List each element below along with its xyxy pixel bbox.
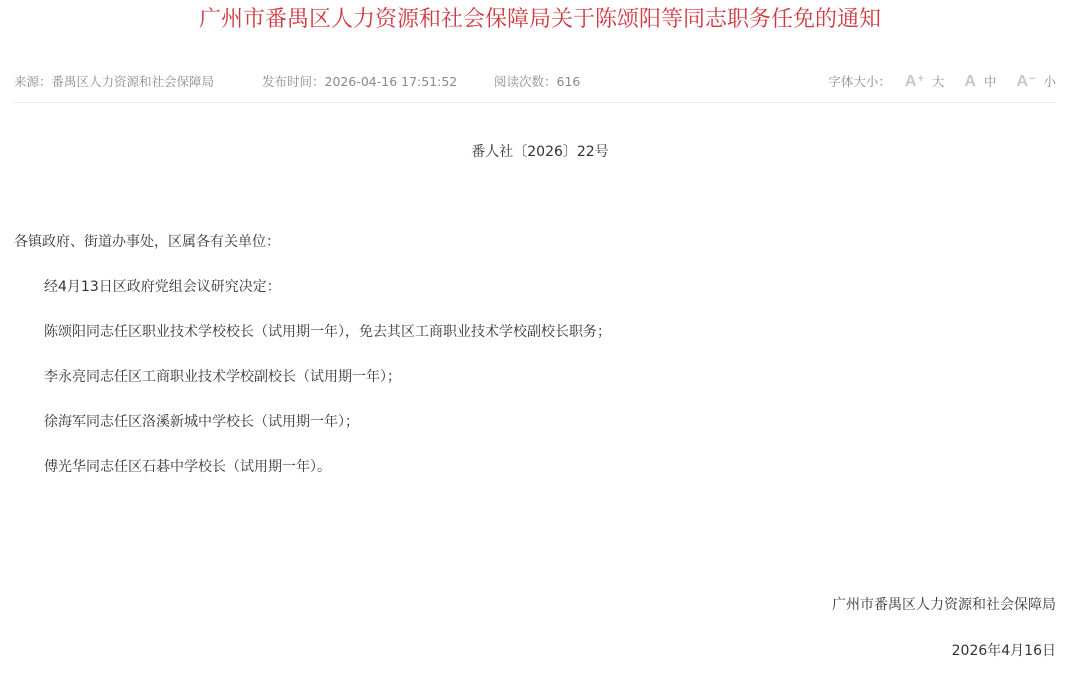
font-glyph: A xyxy=(1016,73,1028,90)
source-text: 来源：番禺区人力资源和社会保障局 xyxy=(14,70,214,94)
paragraph-appointment: 李永亮同志任区工商职业技术学校副校长（试用期一年）； xyxy=(44,366,1080,388)
signature-organization: 广州市番禺区人力资源和社会保障局 xyxy=(832,594,1056,616)
font-size-label: 字体大小： xyxy=(828,70,891,94)
read-count: 阅读次数：616 xyxy=(494,70,580,94)
font-size-medium-button[interactable]: A 中 xyxy=(964,70,996,94)
paragraph-appointment: 陈颂阳同志任区职业技术学校校长（试用期一年），免去其区工商职业技术学校副校长职务… xyxy=(44,321,1080,343)
minus-mark: − xyxy=(1029,73,1035,85)
publish-time: 发布时间：2026-04-16 17:51:52 xyxy=(262,70,457,94)
font-size-large-label: 大 xyxy=(932,70,945,94)
font-size-controls: 字体大小： A+ 大 A 中 A− 小 xyxy=(828,70,1056,94)
font-size-medium-label: 中 xyxy=(984,70,997,94)
paragraph-appointment: 徐海军同志任区洛溪新城中学校长（试用期一年）； xyxy=(44,411,1080,433)
font-increase-icon: A+ xyxy=(905,70,924,94)
font-glyph: A xyxy=(964,73,976,90)
article-title: 广州市番禺区人力资源和社会保障局关于陈颂阳等同志职务任免的通知 xyxy=(0,2,1080,38)
article-meta: 来源：番禺区人力资源和社会保障局 发布时间：2026-04-16 17:51:5… xyxy=(14,70,1056,94)
font-size-small-label: 小 xyxy=(1043,70,1056,94)
header-divider xyxy=(14,102,1056,103)
document-number: 番人社〔2026〕22号 xyxy=(0,141,1080,163)
plus-mark: + xyxy=(917,73,923,85)
paragraph-appointment: 傅光华同志任区石碁中学校长（试用期一年）。 xyxy=(44,456,1080,478)
signature-date: 2026年4月16日 xyxy=(952,640,1056,662)
font-glyph: A xyxy=(905,73,917,90)
paragraph-decision: 经4月13日区政府党组会议研究决定： xyxy=(44,276,1080,298)
font-size-small-button[interactable]: A− 小 xyxy=(1016,70,1056,94)
font-default-icon: A xyxy=(964,70,976,94)
font-decrease-icon: A− xyxy=(1016,70,1035,94)
salutation: 各镇政府、街道办事处，区属各有关单位： xyxy=(14,231,1056,253)
font-size-large-button[interactable]: A+ 大 xyxy=(905,70,945,94)
